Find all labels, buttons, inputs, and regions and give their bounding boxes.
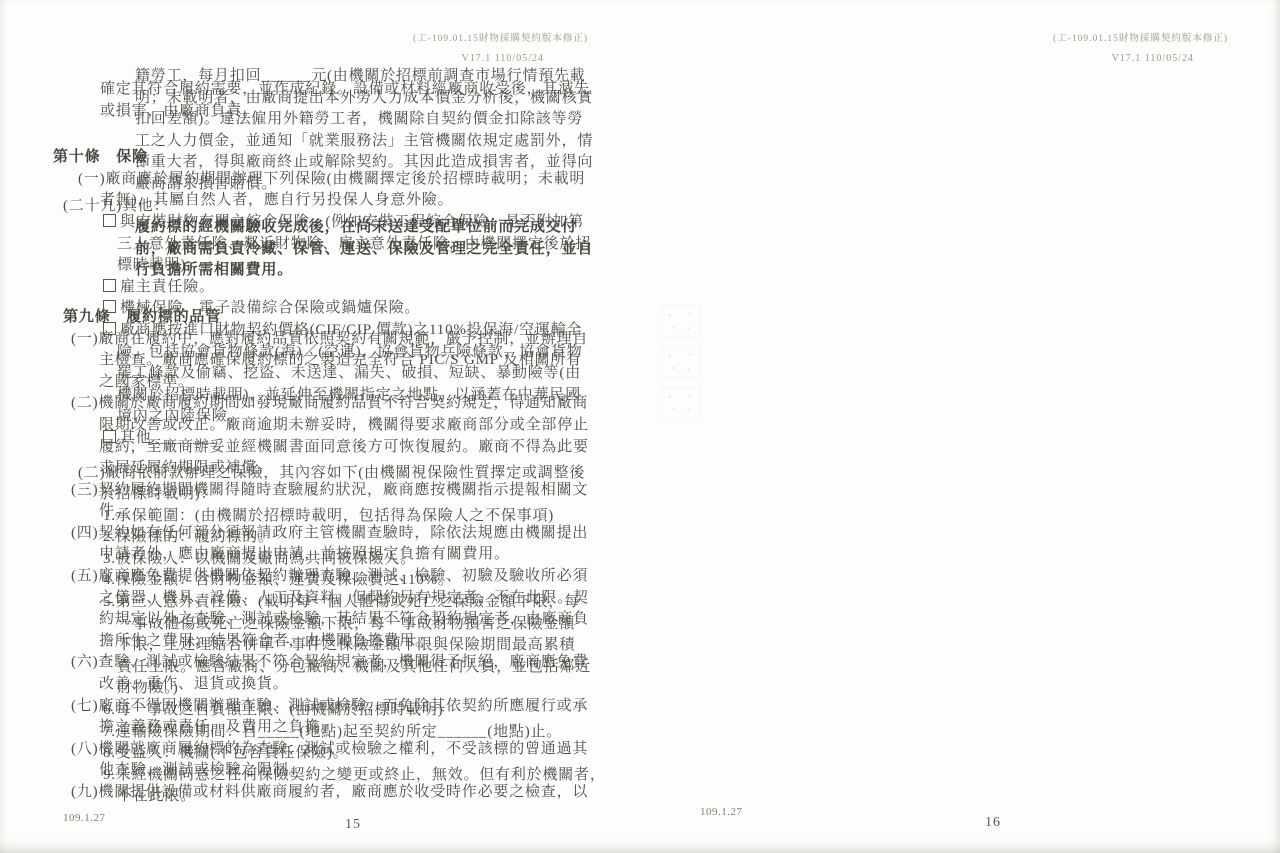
text-line: 4.保險金額：含財物金額、運費及保險費之110%。: [53, 570, 628, 592]
text-line: 確定其符合履約需要，並作成紀錄。設備或材料經廠商收受後，其滅失: [53, 79, 628, 101]
text-line: (一)廠商應於履約期間辦理下列保險(由機關擇定後於招標時載明；未載明: [53, 169, 628, 191]
text-line: 險，包括協會貨物條款(海)／(空運)，協會貨物兵險條款，協會貨物: [53, 342, 628, 364]
text-block: 確定其符合履約需要，並作成紀錄。設備或材料經廠商收受後，其滅失或損害，由廠商負責…: [53, 79, 628, 122]
text-line: 機關於招標時載明)，並延伸至機關指定之地點，以涵蓋在中華民國: [53, 385, 628, 407]
text-line: 或損害，由廠商負責。: [53, 101, 628, 123]
text-line: (二)廠商依前款辦理之保險，其內容如下(由機關視保險性質擇定或調整後: [53, 463, 628, 485]
scanned-document: (工-109.01.15財物採購契約版本修正) V17.1 110/05/24 …: [0, 0, 1280, 853]
page-number: 15: [345, 817, 361, 833]
text-line: 三人意外責任險、鄰近財物險、雇主意外責任險，由機關擇定後於招: [53, 234, 628, 256]
footer-date: 109.1.27: [700, 806, 743, 818]
checkbox-line: 其他________: [53, 428, 628, 450]
page-body: 確定其符合履約需要，並作成紀錄。設備或材料經廠商收受後，其滅失或損害，由廠商負責…: [53, 79, 628, 808]
text-block: (二)廠商依前款辦理之保險，其內容如下(由機關視保險性質擇定或調整後於招標時載明…: [53, 463, 628, 809]
text-line: 5.第三人意外責任險：(載明每一個人體傷或死亡之保險金額下限，每: [53, 592, 628, 614]
header-revision-note: (工-109.01.15財物採購契約版本修正): [1053, 30, 1228, 44]
header-revision-note: (工-109.01.15財物採購契約版本修正): [413, 30, 588, 44]
text-line: 財物險。): [53, 678, 628, 700]
text-line: 標時載明): [53, 255, 628, 277]
text-line: 責任上限。應含廠商、分包廠商、機關及其他任何人員，並包括鄰近: [53, 657, 628, 679]
text-line: 2.保險標的：履約標的。: [53, 527, 628, 549]
header-version: V17.1 110/05/24: [1112, 53, 1194, 64]
text-line: 第十條 保險: [53, 147, 628, 169]
footer-date: 109.1.27: [63, 812, 106, 824]
checkbox-icon: [103, 214, 116, 227]
checkbox-line: 雇主責任險。: [53, 277, 628, 299]
text-line: 罷工條款及偷竊、挖盜、未送達、漏失、破損、短缺、暴動險等(由: [53, 363, 628, 385]
checkbox-line: 機械保險、電子設備綜合保險或鍋爐保險。: [53, 298, 628, 320]
page-number: 16: [985, 815, 1001, 831]
checkbox-icon: [103, 300, 116, 313]
text-line: 8.受益人：機關(不包含責任保險)。: [53, 743, 628, 765]
checkbox-icon: [103, 322, 116, 335]
text-line: 於招標時載明)：: [53, 484, 628, 506]
checkbox-line: 與安裝財物有關之綜合保險。(例如安裝工程綜合保險；是否附加第: [53, 212, 628, 234]
checkbox-icon: [103, 430, 116, 443]
text-line: 7.運輸險保險期間：自_____(地點)起至契約所定______(地點)止。: [53, 722, 628, 744]
page-16: (工-109.01.15財物採購契約版本修正) V17.1 110/05/24 …: [640, 0, 1280, 853]
text-block: 第十條 保險(一)廠商應於履約期間辦理下列保險(由機關擇定後於招標時載明；未載明…: [53, 147, 628, 449]
text-line: 者無)，其屬自然人者，應自行另投保人身意外險。: [53, 190, 628, 212]
text-line: 1.承保範圍：(由機關於招標時載明，包括得為保險人之不保事項): [53, 506, 628, 528]
text-line: 下限，上述理賠合併單一事件之保險金額下限與保險期間最高累積: [53, 635, 628, 657]
checkbox-icon: [103, 279, 116, 292]
text-line: 6.每一事故之自負額上限：(由機關於招標時載明): [53, 700, 628, 722]
checkbox-line: 廠商應按進口財物契約價格(CIF/CIP 價款)之110%投保海/空運輸全: [53, 320, 628, 342]
text-line: 9.未經機關同意之任何保險契約之變更或終止，無效。但有利於機關者，: [53, 765, 628, 787]
header-version: V17.1 110/05/24: [462, 53, 544, 64]
text-line: 3.被保險人：以機關及廠商為共同被保險人。: [53, 549, 628, 571]
text-line: 境內之內陸保險。: [53, 406, 628, 428]
text-line: 不在此限。: [53, 786, 628, 808]
text-line: 一事故體傷或死亡之保險金額下限，每一事故財物損害之保險金額: [53, 614, 628, 636]
